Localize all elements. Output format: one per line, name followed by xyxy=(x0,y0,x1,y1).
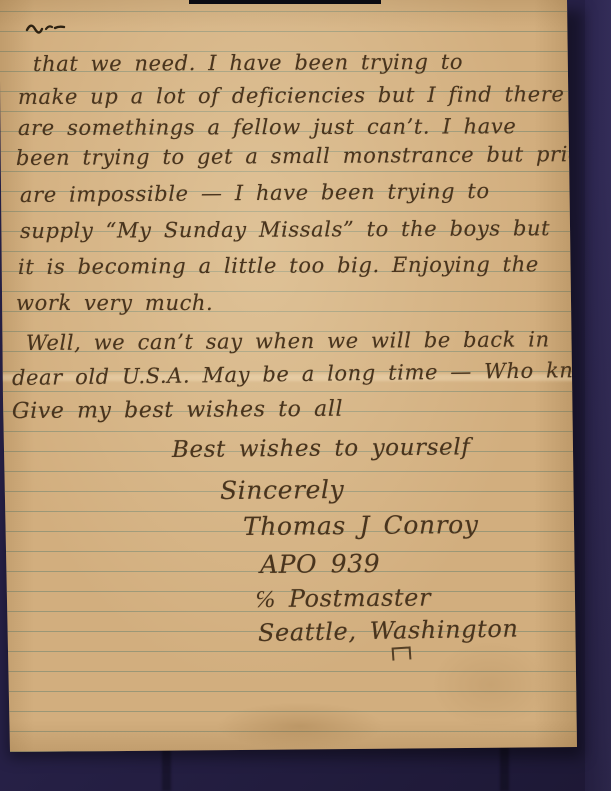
handwriting-line: dear old U.S.A. May be a long time — Who… xyxy=(12,358,606,390)
handwriting-line: are somethings a fellow just can’t. I ha… xyxy=(18,114,516,140)
scanner-edge-bar xyxy=(189,0,381,4)
handwriting-line: Sincerely xyxy=(220,475,345,505)
handwriting-line: are impossible — I have been trying to xyxy=(20,179,490,207)
handwriting-line: Best wishes to yourself xyxy=(172,434,471,463)
handwriting-line: work very much. xyxy=(16,291,213,315)
handwriting-line: Thomas J Conroy xyxy=(243,510,479,541)
handwriting-line: ℅ Postmaster xyxy=(255,583,431,614)
scan-page-background: that we need. I have been trying tomake … xyxy=(0,0,611,791)
handwriting-line: Seattle, Washington xyxy=(258,614,519,647)
background-right-band xyxy=(585,0,611,791)
letter-paper: that we need. I have been trying tomake … xyxy=(0,0,578,754)
handwriting-line: Well, we can’t say when we will be back … xyxy=(26,327,550,355)
handwriting-line: APO 939 xyxy=(260,549,380,579)
handwriting-line: that we need. I have been trying to xyxy=(33,50,463,76)
handwriting-line: Give my best wishes to all xyxy=(12,397,343,424)
handwriting-line: make up a lot of deficiencies but I find… xyxy=(18,82,565,109)
handwriting-line: it is becoming a little too big. Enjoyin… xyxy=(18,252,539,279)
handwriting-line: been trying to get a small monstrance bu… xyxy=(16,142,605,170)
handwriting-layer: that we need. I have been trying tomake … xyxy=(0,0,578,754)
handwriting-line: supply “My Sunday Missals” to the boys b… xyxy=(20,216,550,243)
